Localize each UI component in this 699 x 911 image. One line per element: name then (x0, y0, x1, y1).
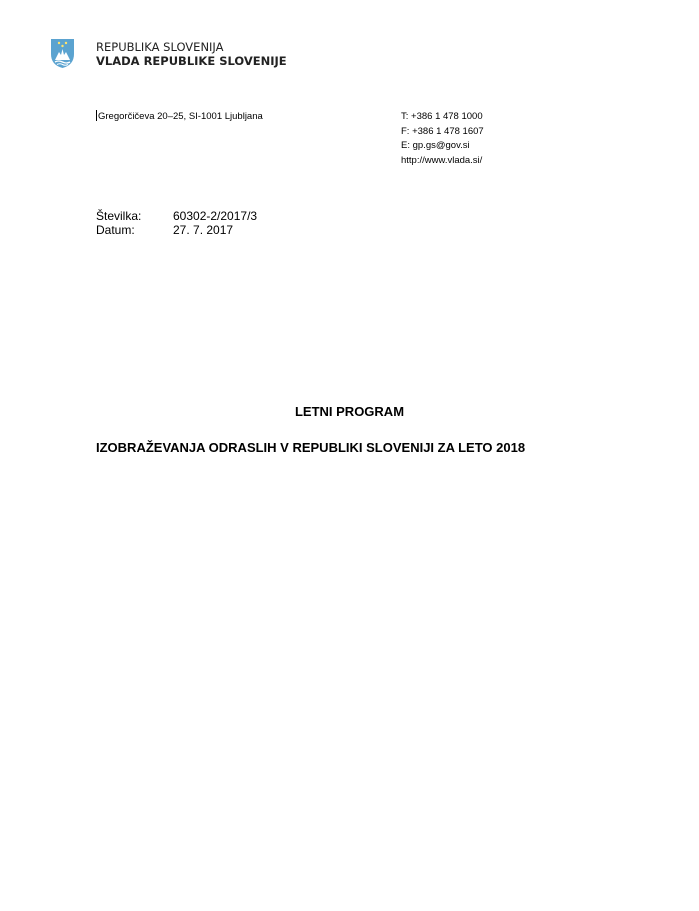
document-title: LETNI PROGRAM (0, 404, 699, 419)
org-line-2: VLADA REPUBLIKE SLOVENIJE (96, 54, 287, 68)
address-text: Gregorčičeva 20–25, SI-1001 Ljubljana (98, 111, 263, 122)
email: E: gp.gs@gov.si (401, 139, 484, 154)
phone: T: +386 1 478 1000 (401, 110, 484, 125)
organization-name: REPUBLIKA SLOVENIJA VLADA REPUBLIKE SLOV… (96, 40, 287, 68)
website: http://www.vlada.si/ (401, 154, 484, 169)
number-value: 60302-2/2017/3 (173, 209, 257, 223)
coat-of-arms-icon (50, 38, 75, 69)
address-block: Gregorčičeva 20–25, SI-1001 Ljubljana (96, 110, 263, 122)
date-value: 27. 7. 2017 (173, 223, 233, 237)
org-line-1: REPUBLIKA SLOVENIJA (96, 40, 287, 54)
text-cursor (96, 110, 97, 121)
document-subtitle: IZOBRAŽEVANJA ODRASLIH V REPUBLIKI SLOVE… (96, 440, 525, 455)
date-row: Datum: 27. 7. 2017 (96, 223, 257, 237)
number-row: Številka: 60302-2/2017/3 (96, 209, 257, 223)
date-label: Datum: (96, 223, 173, 237)
fax: F: +386 1 478 1607 (401, 125, 484, 140)
document-meta: Številka: 60302-2/2017/3 Datum: 27. 7. 2… (96, 209, 257, 237)
contact-block: T: +386 1 478 1000 F: +386 1 478 1607 E:… (401, 110, 484, 168)
number-label: Številka: (96, 209, 173, 223)
